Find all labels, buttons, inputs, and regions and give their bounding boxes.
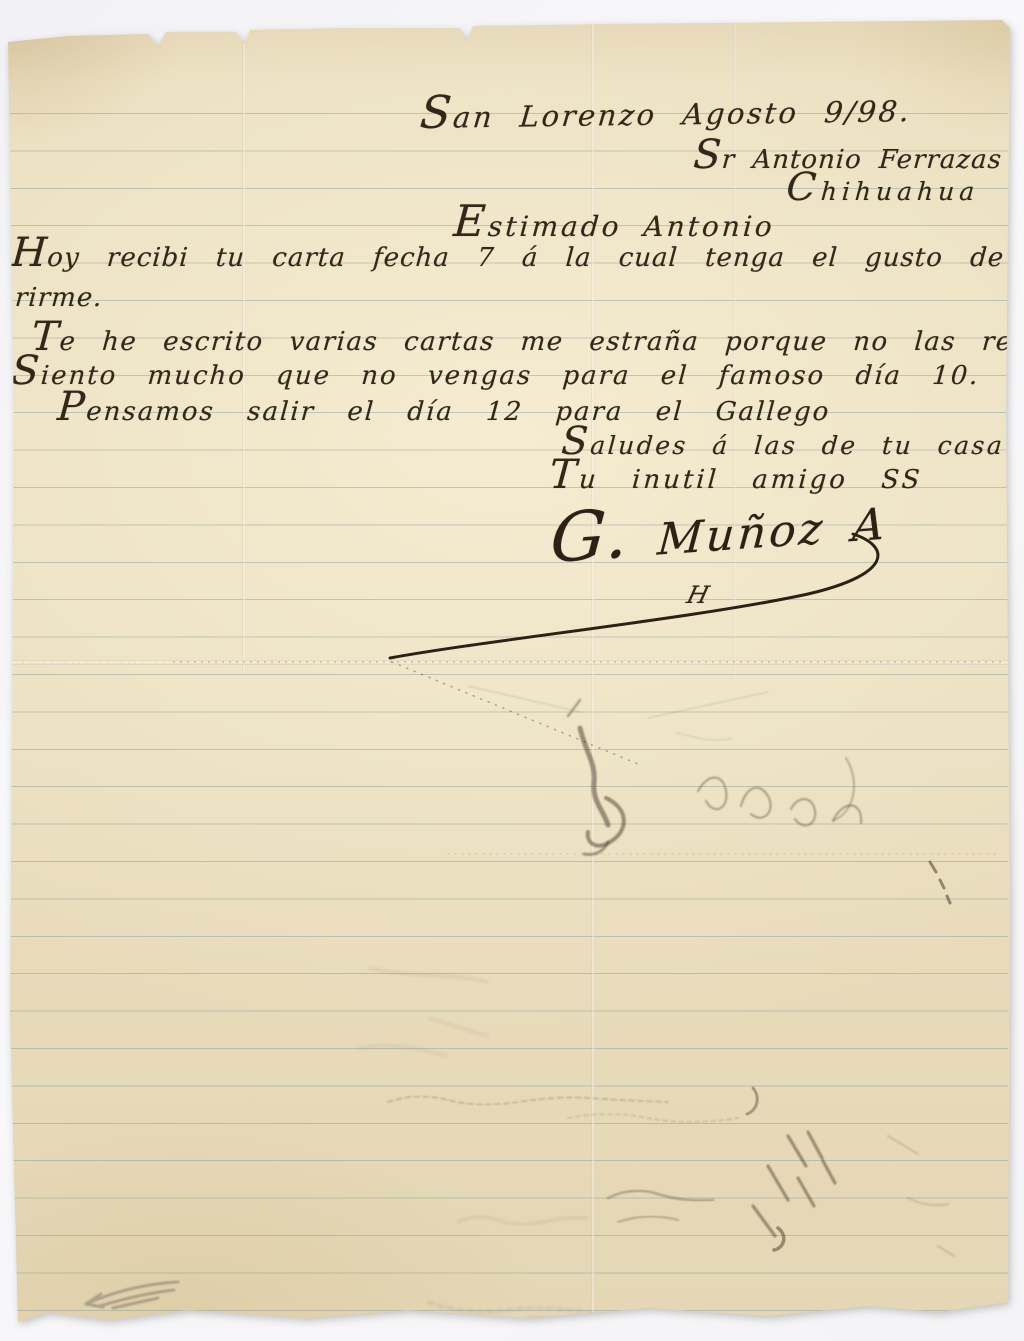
paper-wrapper: San Lorenzo Agosto 9/98. Sr Antonio Ferr… bbox=[0, 0, 1024, 1341]
mid-page-smudges bbox=[358, 968, 488, 1056]
faint-scratch-marks bbox=[468, 686, 768, 740]
ink-offset-line bbox=[448, 854, 998, 903]
bottom-bleedthrough-rows bbox=[388, 1088, 954, 1322]
body-line-1: Hoy recibi tu carta fecha 7 á la cual te… bbox=[10, 230, 1024, 275]
ruled-lines bbox=[10, 113, 1008, 1316]
body-line-2: rirme. bbox=[14, 284, 104, 313]
place-date-line: San Lorenzo Agosto 9/98. bbox=[418, 81, 914, 138]
pencil-scribble bbox=[86, 1282, 178, 1308]
recipient-city: Chihuahua bbox=[785, 166, 981, 209]
letter-page: San Lorenzo Agosto 9/98. Sr Antonio Ferr… bbox=[8, 16, 1010, 1328]
signature-flourish-mark: H bbox=[684, 582, 712, 609]
fold-crease-horizontal bbox=[8, 660, 1010, 665]
fold-ink-speckles bbox=[23, 662, 1003, 663]
ink-bleedthrough-signature bbox=[568, 700, 861, 855]
scan-background: San Lorenzo Agosto 9/98. Sr Antonio Ferr… bbox=[0, 0, 1024, 1341]
